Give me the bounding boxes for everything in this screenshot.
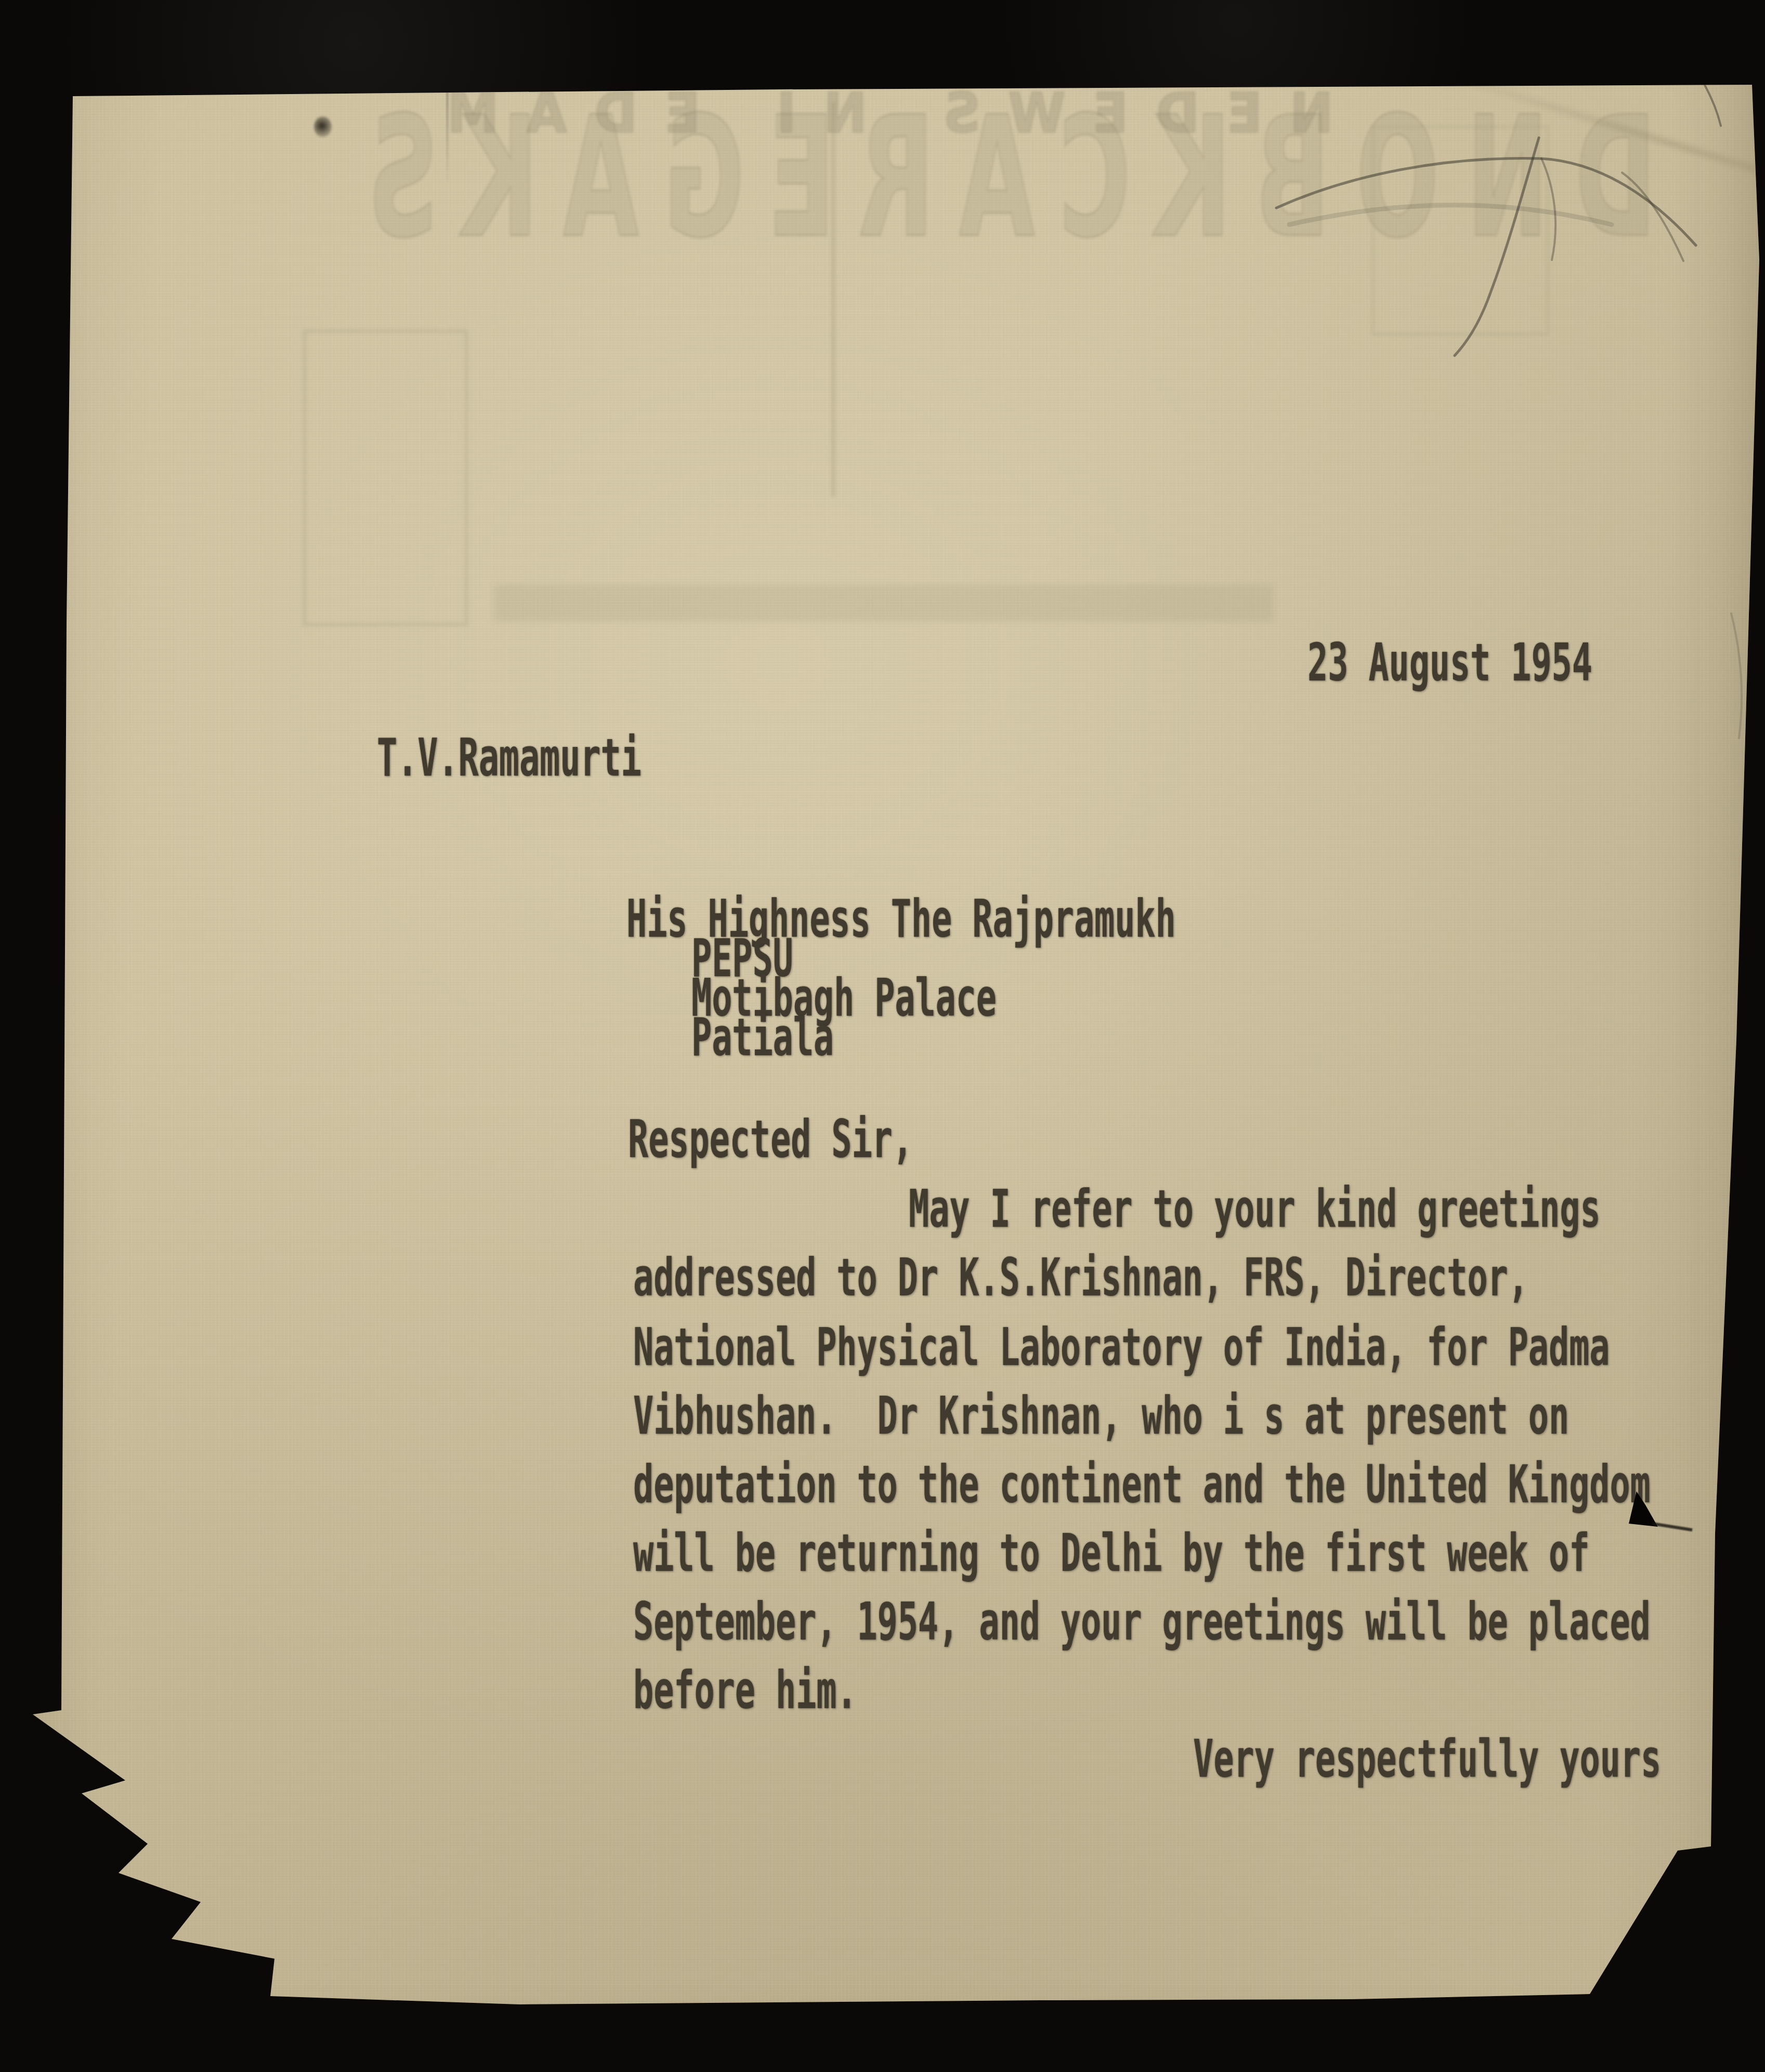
body-line: Vibhushan. Dr Krishnan, who i s at prese… [633,1390,1569,1442]
paper-crease [831,101,836,496]
body-line: deputation to the continent and the Unit… [633,1459,1651,1511]
letter-paper: MADEINSWEDEN SKAGERACKBOND 23 August 195… [0,0,1765,2072]
letter-scan-page: { "document": { "kind": "typewritten-let… [0,0,1765,2072]
show-through-rect [303,330,468,626]
body-line: addressed to Dr K.S.Krishnan, FRS, Direc… [633,1252,1528,1304]
sender-name: T.V.Ramamurti [377,732,642,784]
body-line: before him. [633,1664,857,1716]
show-through-rect [1371,125,1549,336]
closing-line: Very respectfully yours [1193,1733,1661,1785]
show-through-band [494,585,1274,621]
body-line: May I refer to your kind greetings [909,1183,1601,1235]
ink-blot [314,116,332,137]
body-line: will be returning to Delhi by the first … [633,1527,1589,1579]
body-line: National Physical Laboratory of India, f… [633,1321,1610,1373]
recipient-line-4: Patiala [691,1012,834,1064]
salutation: Respected Sir, [628,1113,913,1165]
body-line: September, 1954, and your greetings will… [633,1596,1651,1648]
date-line: 23 August 1954 [1308,637,1592,689]
